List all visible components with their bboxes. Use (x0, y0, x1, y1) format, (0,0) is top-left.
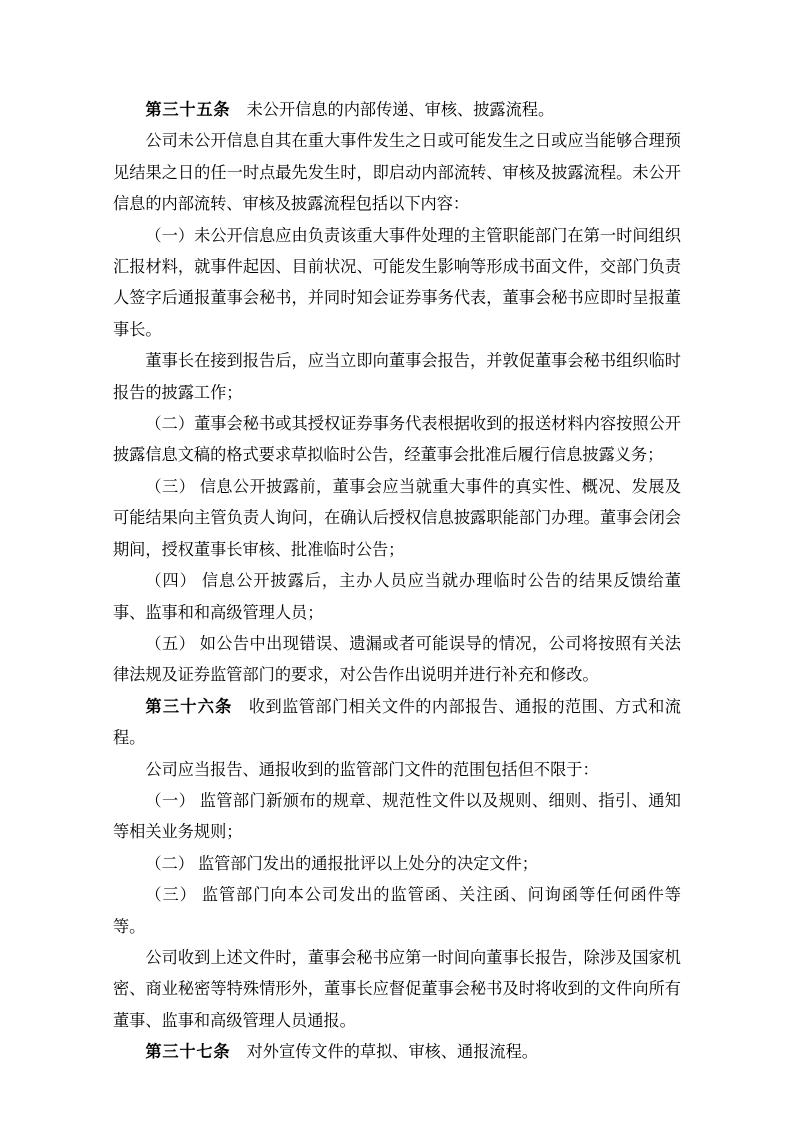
paragraph-text: （一）未公开信息应由负责该重大事件处理的主管职能部门在第一时间组织汇报材料，就事… (113, 227, 681, 339)
article-heading: 第三十七条对外宣传文件的草拟、审核、通报流程。 (113, 1037, 681, 1068)
paragraph: （一）未公开信息应由负责该重大事件处理的主管职能部门在第一时间组织汇报材料，就事… (113, 221, 681, 347)
article-number: 第三十六条 (145, 698, 232, 716)
paragraph-text: （三） 信息公开披露前，董事会应当就重大事件的真实性、概况、发展及可能结果向主管… (113, 478, 681, 559)
document-page: 第三十五条未公开信息的内部传递、审核、披露流程。公司未公开信息自其在重大事件发生… (0, 0, 793, 1122)
paragraph: （三） 监管部门向本公司发出的监管函、关注函、问询函等任何函件等等。 (113, 880, 681, 943)
paragraph: （一） 监管部门新颁布的规章、规范性文件以及规则、细则、指引、通知等相关业务规则… (113, 786, 681, 849)
article-heading: 第三十六条收到监管部门相关文件的内部报告、通报的范围、方式和流程。 (113, 692, 681, 755)
article-number: 第三十七条 (145, 1043, 230, 1061)
paragraph: （四） 信息公开披露后，主办人员应当就办理临时公告的结果反馈给董事、监事和和高级… (113, 566, 681, 629)
paragraph-text: （一） 监管部门新颁布的规章、规范性文件以及规则、细则、指引、通知等相关业务规则… (113, 792, 681, 841)
paragraph-text: （五） 如公告中出现错误、遗漏或者可能误导的情况，公司将按照有关法律法规及证券监… (113, 635, 681, 684)
document-content: 第三十五条未公开信息的内部传递、审核、披露流程。公司未公开信息自其在重大事件发生… (113, 95, 681, 1069)
paragraph: 公司收到上述文件时，董事会秘书应第一时间向董事长报告，除涉及国家机密、商业秘密等… (113, 943, 681, 1037)
article-number: 第三十五条 (145, 101, 230, 119)
paragraph-text: 公司未公开信息自其在重大事件发生之日或可能发生之日或应当能够合理预见结果之日的任… (113, 132, 681, 213)
paragraph: 董事长在接到报告后，应当立即向董事会报告，并敦促董事会秘书组织临时报告的披露工作… (113, 346, 681, 409)
paragraph-text: （二） 监管部门发出的通报批评以上处分的决定文件； (145, 855, 538, 873)
article-heading: 第三十五条未公开信息的内部传递、审核、披露流程。 (113, 95, 681, 126)
paragraph-text: （二）董事会秘书或其授权证券事务代表根据收到的报送材料内容按照公开披露信息文稿的… (113, 415, 681, 464)
paragraph: （二）董事会秘书或其授权证券事务代表根据收到的报送材料内容按照公开披露信息文稿的… (113, 409, 681, 472)
paragraph-text: 公司应当报告、通报收到的监管部门文件的范围包括但不限于： (145, 761, 598, 779)
paragraph-text: 公司收到上述文件时，董事会秘书应第一时间向董事长报告，除涉及国家机密、商业秘密等… (113, 949, 681, 1030)
paragraph: 公司应当报告、通报收到的监管部门文件的范围包括但不限于： (113, 755, 681, 786)
paragraph: （三） 信息公开披露前，董事会应当就重大事件的真实性、概况、发展及可能结果向主管… (113, 472, 681, 566)
paragraph-text: （三） 监管部门向本公司发出的监管函、关注函、问询函等任何函件等等。 (113, 886, 681, 935)
paragraph-text: 董事长在接到报告后，应当立即向董事会报告，并敦促董事会秘书组织临时报告的披露工作… (113, 352, 681, 401)
paragraph-text: 对外宣传文件的草拟、审核、通报流程。 (247, 1043, 538, 1061)
paragraph-text: （四） 信息公开披露后，主办人员应当就办理临时公告的结果反馈给董事、监事和和高级… (113, 572, 681, 621)
paragraph-text: 未公开信息的内部传递、审核、披露流程。 (247, 101, 555, 119)
paragraph: 公司未公开信息自其在重大事件发生之日或可能发生之日或应当能够合理预见结果之日的任… (113, 126, 681, 220)
paragraph: （二） 监管部门发出的通报批评以上处分的决定文件； (113, 849, 681, 880)
paragraph: （五） 如公告中出现错误、遗漏或者可能误导的情况，公司将按照有关法律法规及证券监… (113, 629, 681, 692)
